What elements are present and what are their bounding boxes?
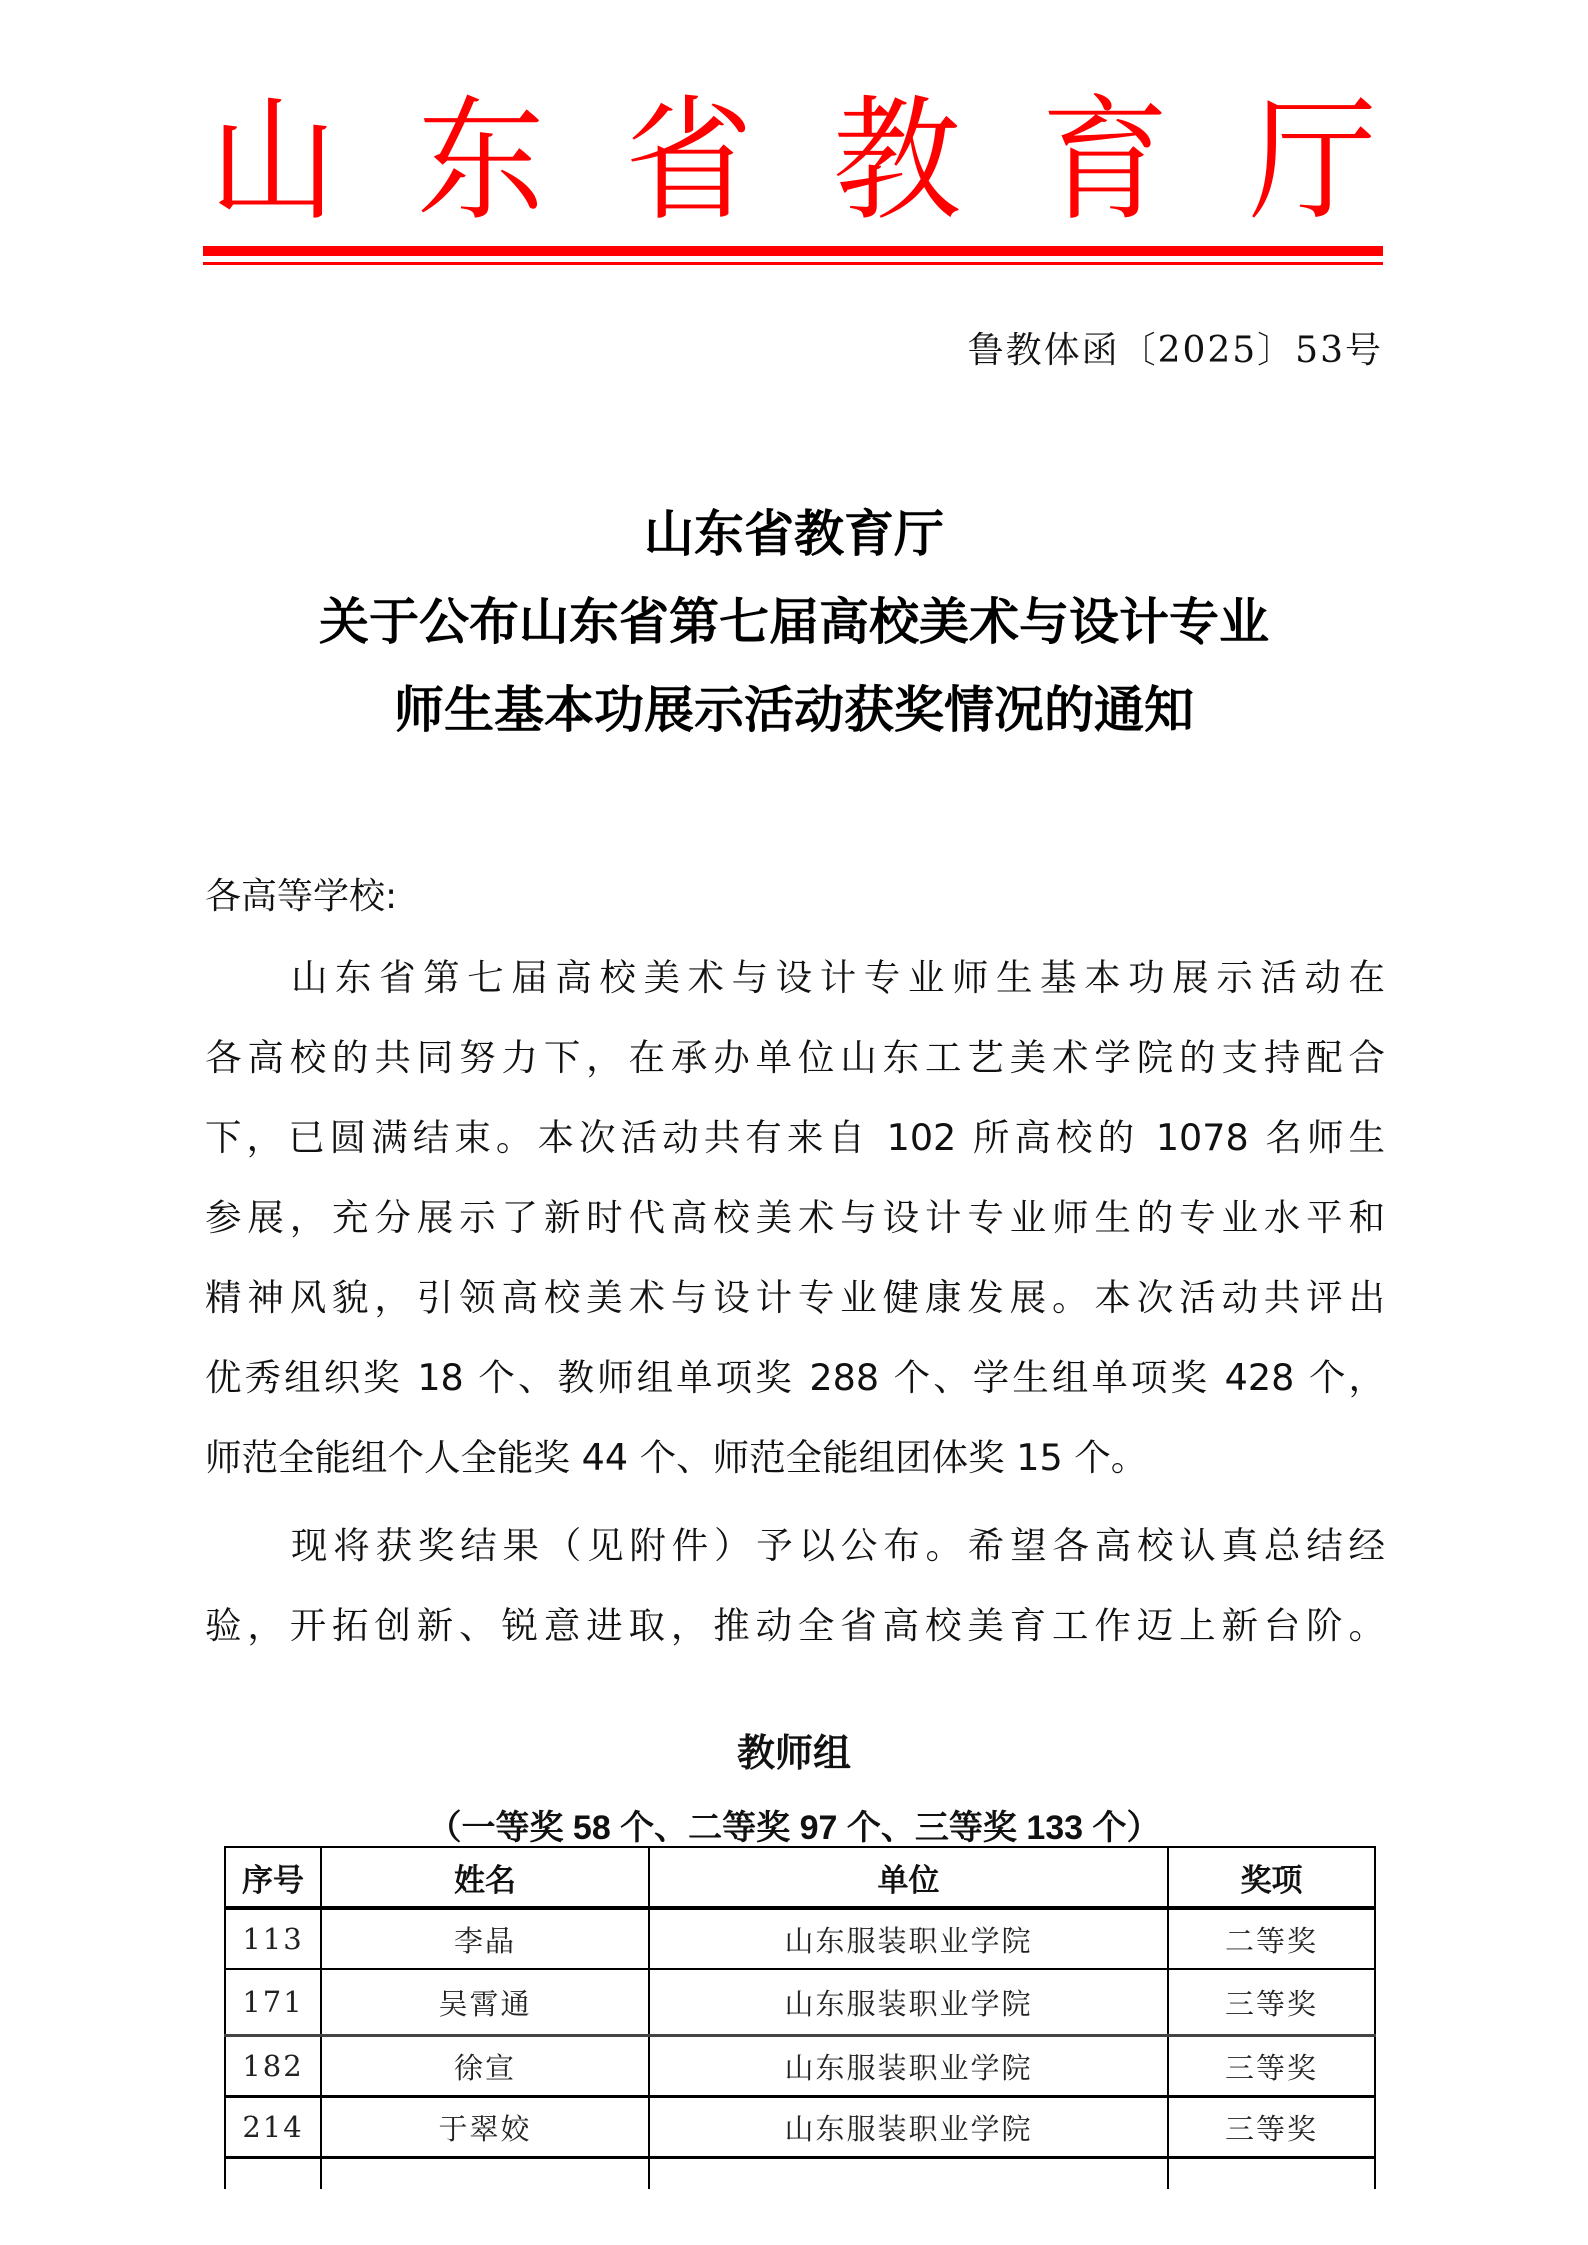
cell-award: 二等奖 [1168,1908,1375,1969]
table-row: 182 徐宣 山东服装职业学院 三等奖 [225,2036,1375,2097]
column-header-name: 姓名 [321,1847,649,1908]
table-row-cutoff [225,2158,1375,2190]
cell-award: 三等奖 [1168,2097,1375,2158]
letterhead-divider-thick [203,246,1383,256]
cell-name: 于翠姣 [321,2097,649,2158]
cell-unit: 山东服装职业学院 [649,1908,1168,1969]
text-line: 各高校的共同努力下，在承办单位山东工艺美术学院的支持配合 [205,1018,1385,1098]
letterhead-char: 育 [1035,89,1175,236]
cell-name: 李晶 [321,1908,649,1969]
title-line-1: 山东省教育厅 [0,490,1588,578]
letterhead-divider-thin [203,262,1383,265]
letterhead-title: 山 东 省 教 育 厅 [203,92,1383,232]
cell-empty [1168,2158,1375,2190]
letterhead-char: 山 [203,89,343,236]
table-row: 214 于翠姣 山东服装职业学院 三等奖 [225,2097,1375,2158]
cell-empty [225,2158,321,2190]
cell-name: 徐宣 [321,2036,649,2097]
text-line: 山东省第七届高校美术与设计专业师生基本功展示活动在 [205,938,1385,1018]
title-line-3: 师生基本功展示活动获奖情况的通知 [0,666,1588,754]
cell-unit: 山东服装职业学院 [649,2036,1168,2097]
text-line: 验，开拓创新、锐意进取，推动全省高校美育工作迈上新台阶。 [205,1586,1385,1666]
document-page: 山 东 省 教 育 厅 鲁教体函〔2025〕53号 山东省教育厅 关于公布山东省… [0,0,1588,2245]
awards-table: 序号 姓名 单位 奖项 113 李晶 山东服装职业学院 二等奖 171 吴霄通 … [224,1846,1376,2189]
letterhead-char: 厅 [1243,89,1383,236]
column-header-unit: 单位 [649,1847,1168,1908]
cell-empty [649,2158,1168,2190]
cell-index: 171 [225,1969,321,2036]
letterhead-char: 教 [827,89,967,236]
document-title: 山东省教育厅 关于公布山东省第七届高校美术与设计专业 师生基本功展示活动获奖情况… [0,490,1588,754]
cell-empty [321,2158,649,2190]
section-title: 教师组 [0,1722,1588,1777]
text-line: 师范全能组个人全能奖 44 个、师范全能组团体奖 15 个。 [205,1418,1385,1498]
title-line-2: 关于公布山东省第七届高校美术与设计专业 [0,578,1588,666]
paragraph-2: 现将获奖结果（见附件）予以公布。希望各高校认真总结经 验，开拓创新、锐意进取，推… [205,1506,1385,1666]
cell-award: 三等奖 [1168,2036,1375,2097]
paragraph-1: 山东省第七届高校美术与设计专业师生基本功展示活动在 各高校的共同努力下，在承办单… [205,938,1385,1498]
text-line: 下，已圆满结束。本次活动共有来自 102 所高校的 1078 名师生 [205,1098,1385,1178]
salutation: 各高等学校: [205,868,397,919]
cell-index: 214 [225,2097,321,2158]
cell-unit: 山东服装职业学院 [649,1969,1168,2036]
text-line: 优秀组织奖 18 个、教师组单项奖 288 个、学生组单项奖 428 个， [205,1338,1385,1418]
cell-index: 182 [225,2036,321,2097]
letterhead-char: 省 [619,89,759,236]
text-line: 精神风貌，引领高校美术与设计专业健康发展。本次活动共评出 [205,1258,1385,1338]
cell-name: 吴霄通 [321,1969,649,2036]
column-header-award: 奖项 [1168,1847,1375,1908]
cell-index: 113 [225,1908,321,1969]
cell-award: 三等奖 [1168,1969,1375,2036]
table-row: 113 李晶 山东服装职业学院 二等奖 [225,1908,1375,1969]
document-number: 鲁教体函〔2025〕53号 [968,322,1383,373]
letterhead-char: 东 [411,89,551,236]
text-line: 参展，充分展示了新时代高校美术与设计专业师生的专业水平和 [205,1178,1385,1258]
cell-unit: 山东服装职业学院 [649,2097,1168,2158]
table-row: 171 吴霄通 山东服装职业学院 三等奖 [225,1969,1375,2036]
table-header-row: 序号 姓名 单位 奖项 [225,1847,1375,1908]
column-header-index: 序号 [225,1847,321,1908]
text-line: 现将获奖结果（见附件）予以公布。希望各高校认真总结经 [205,1506,1385,1586]
section-subtitle: （一等奖 58 个、二等奖 97 个、三等奖 133 个） [0,1800,1588,1849]
